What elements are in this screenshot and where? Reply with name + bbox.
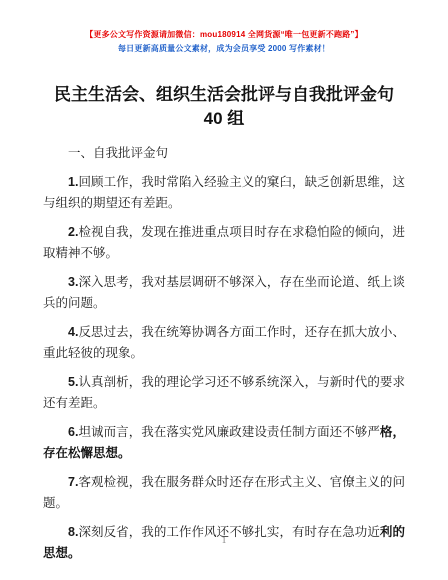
document-title-line1: 民主生活会、组织生活会批评与自我批评金句 (43, 83, 405, 107)
list-item: 7.客观检视，我在服务群众时还存在形式主义、官僚主义的问题。 (43, 472, 405, 515)
item-number: 3. (68, 275, 78, 289)
document-body: 一、自我批评金句 1.回顾工作，我时常陷入经验主义的窠臼，缺乏创新思维，这与组织… (43, 143, 405, 565)
item-number: 7. (68, 475, 78, 489)
item-text: 回顾工作，我时常陷入经验主义的窠臼，缺乏创新思维，这与组织的期望还有差距。 (43, 175, 405, 211)
document-title: 民主生活会、组织生活会批评与自我批评金句 40 组 (43, 83, 405, 131)
header-ad-line-red: 【更多公文写作资源请加微信：mou180914 全网货源“唯一包更新不跑路”】 (43, 28, 405, 42)
item-text: 认真剖析，我的理论学习还不够系统深入，与新时代的要求还有差距。 (43, 375, 405, 411)
document-title-line2: 40 组 (43, 107, 405, 131)
item-number: 1. (68, 175, 78, 189)
document-page: 【更多公文写作资源请加微信：mou180914 全网货源“唯一包更新不跑路”】 … (0, 0, 448, 580)
list-item: 1.回顾工作，我时常陷入经验主义的窠臼，缺乏创新思维，这与组织的期望还有差距。 (43, 172, 405, 215)
item-text: 检视自我，发现在推进重点项目时存在求稳怕险的倾向，进取精神不够。 (43, 225, 405, 261)
item-number: 6. (68, 425, 78, 439)
item-list: 1.回顾工作，我时常陷入经验主义的窠臼，缺乏创新思维，这与组织的期望还有差距。2… (43, 172, 405, 565)
list-item: 4.反思过去，我在统筹协调各方面工作时，还存在抓大放小、重此轻彼的现象。 (43, 322, 405, 365)
list-item: 5.认真剖析，我的理论学习还不够系统深入，与新时代的要求还有差距。 (43, 372, 405, 415)
page-number: 1 (0, 536, 448, 546)
list-item: 6.坦诚而言，我在落实党风廉政建设责任制方面还不够严格，存在松懈思想。 (43, 422, 405, 465)
item-text: 客观检视，我在服务群众时还存在形式主义、官僚主义的问题。 (43, 475, 405, 511)
header-ad-line-blue: 每日更新高质量公文素材，成为会员享受 2000 写作素材！ (43, 42, 405, 56)
section-heading: 一、自我批评金句 (43, 143, 405, 165)
list-item: 2.检视自我，发现在推进重点项目时存在求稳怕险的倾向，进取精神不够。 (43, 222, 405, 265)
item-number: 4. (68, 325, 78, 339)
item-text: 深入思考，我对基层调研不够深入，存在坐而论道、纸上谈兵的问题。 (43, 275, 405, 311)
item-number: 2. (68, 225, 78, 239)
item-text: 坦诚而言，我在落实党风廉政建设责任制方面还不够严 (78, 425, 379, 439)
list-item: 3.深入思考，我对基层调研不够深入，存在坐而论道、纸上谈兵的问题。 (43, 272, 405, 315)
item-text: 反思过去，我在统筹协调各方面工作时，还存在抓大放小、重此轻彼的现象。 (43, 325, 405, 361)
item-number: 5. (68, 375, 78, 389)
